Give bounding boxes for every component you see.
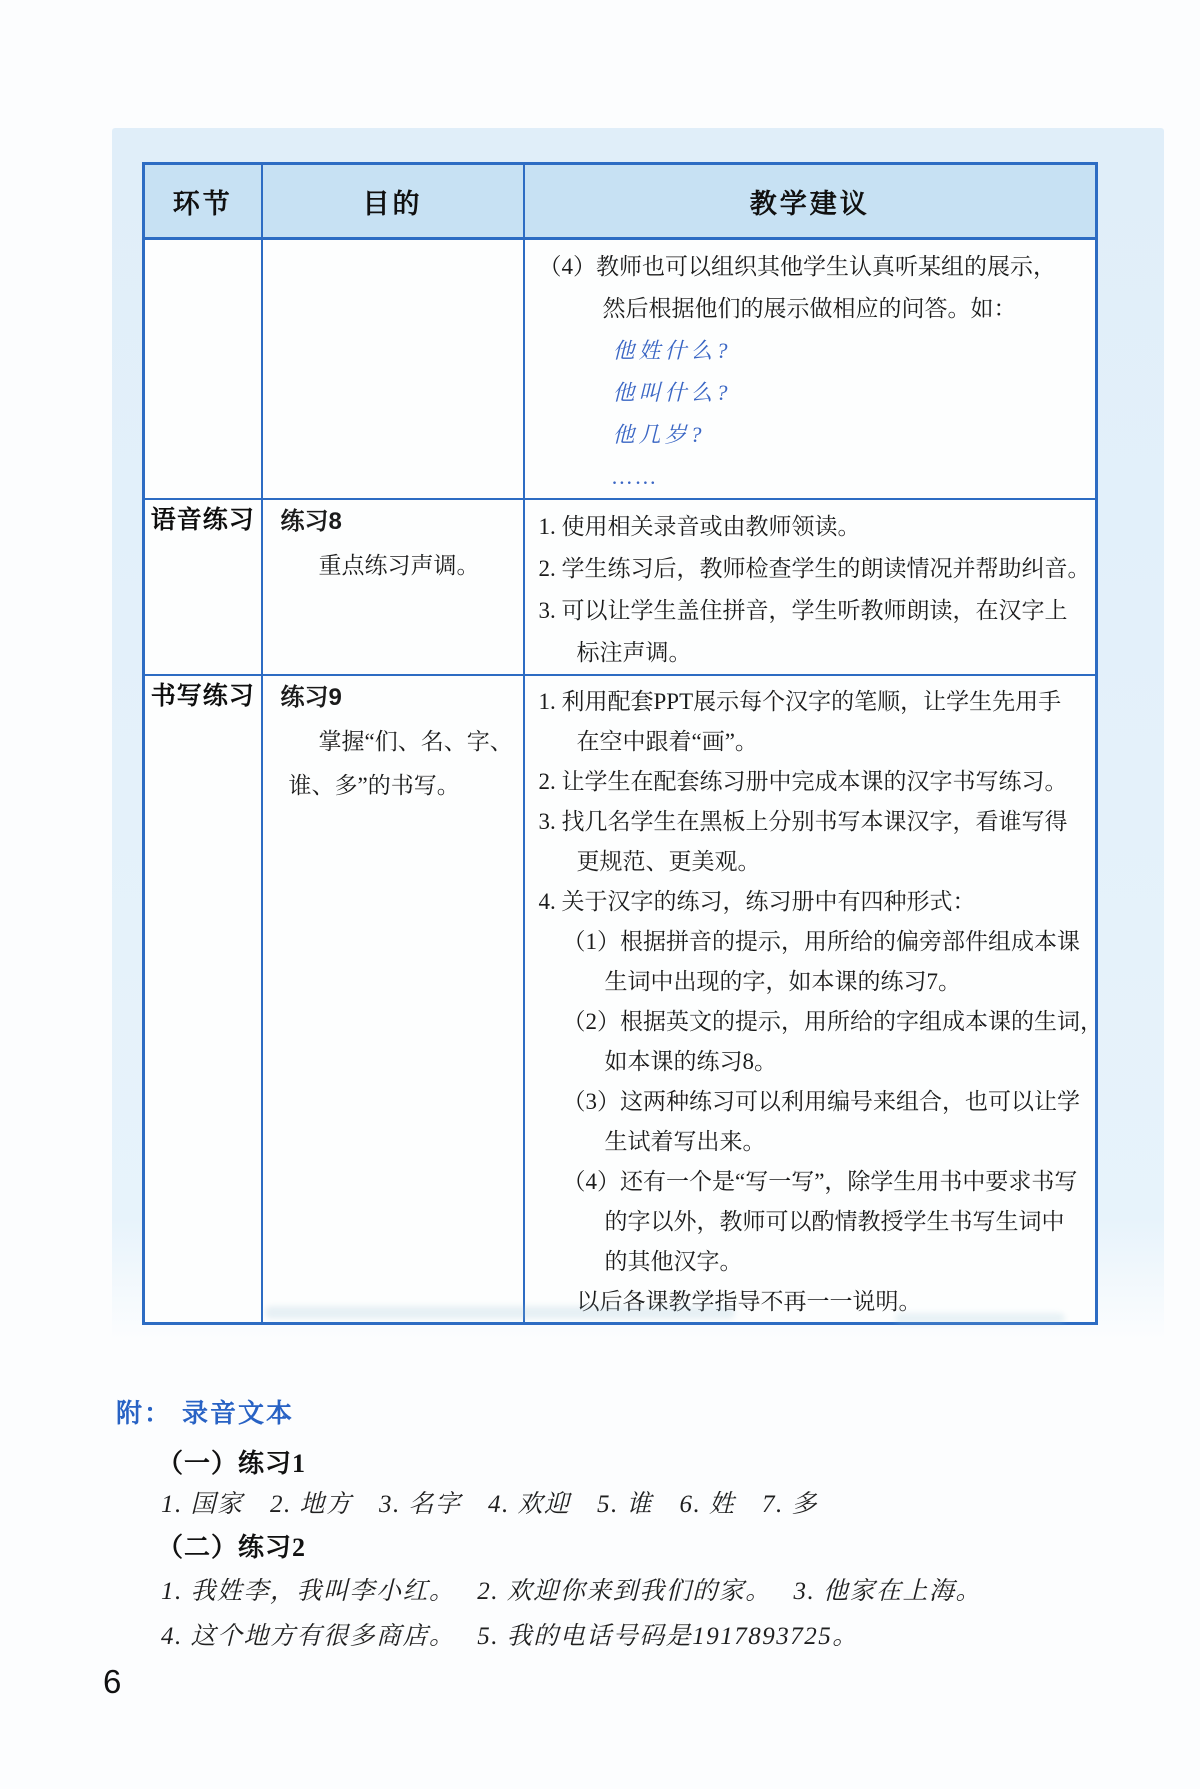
- suggestion-line: 的其他汉字。: [539, 1242, 1092, 1282]
- purpose-desc-line: 谁、多”的书写。: [263, 764, 523, 808]
- header-cell-suggestions: 教学建议: [524, 164, 1097, 239]
- appendix-heading: 附：录音文本: [116, 1393, 294, 1430]
- header-cell-purpose: 目的: [262, 164, 524, 239]
- stage-label: 语音练习: [144, 499, 262, 675]
- example-sentence: ……: [539, 456, 1092, 498]
- appendix-line: 4. 这个地方有很多商店。 5. 我的电话号码是1917893725。: [161, 1616, 859, 1652]
- purpose-cell: 练习9 掌握“们、名、字、 谁、多”的书写。: [262, 675, 524, 1324]
- purpose-cell: [262, 239, 524, 500]
- suggestion-line: 如本课的练习8。: [539, 1042, 1092, 1082]
- suggestion-line: （4）教师也可以组织其他学生认真听某组的展示，: [539, 246, 1092, 288]
- suggestion-line: （3）这两种练习可以利用编号来组合，也可以让学: [539, 1082, 1092, 1122]
- suggestion-line: 的字以外，教师可以酌情教授学生书写生词中: [539, 1202, 1092, 1242]
- suggestion-line: 生试着写出来。: [539, 1122, 1092, 1162]
- purpose-desc-line: 重点练习声调。: [263, 544, 523, 588]
- appendix-section-title: （二）练习2: [157, 1527, 306, 1564]
- suggestion-line: （4）还有一个是“写一写”，除学生用书中要求书写: [539, 1162, 1092, 1202]
- suggestions-cell: （4）教师也可以组织其他学生认真听某组的展示， 然后根据他们的展示做相应的问答。…: [524, 239, 1097, 500]
- suggestion-line: 2. 学生练习后，教师检查学生的朗读情况并帮助纠音。: [539, 548, 1092, 590]
- page-number: 6: [103, 1663, 121, 1701]
- suggestion-line: 然后根据他们的展示做相应的问答。如：: [539, 288, 1092, 330]
- purpose-title: 练习8: [263, 500, 523, 544]
- suggestion-line: 更规范、更美观。: [539, 842, 1092, 882]
- table-row-writing: 书写练习 练习9 掌握“们、名、字、 谁、多”的书写。 1. 利用配套PPT展示…: [144, 675, 1097, 1324]
- appendix-line: 1. 我姓李，我叫李小红。 2. 欢迎你来到我们的家。 3. 他家在上海。: [161, 1571, 982, 1607]
- suggestion-line: （1）根据拼音的提示，用所给的偏旁部件组成本课: [539, 922, 1092, 962]
- suggestions-cell: 1. 利用配套PPT展示每个汉字的笔顺，让学生先用手 在空中跟着“画”。 2. …: [524, 675, 1097, 1324]
- example-sentence: 他几岁?: [539, 414, 1092, 456]
- suggestion-line: （2）根据英文的提示，用所给的字组成本课的生词，: [539, 1002, 1092, 1042]
- suggestion-line: 2. 让学生在配套练习册中完成本课的汉字书写练习。: [539, 762, 1092, 802]
- suggestion-line: 1. 使用相关录音或由教师领读。: [539, 506, 1092, 548]
- suggestion-line: 以后各课教学指导不再一一说明。: [539, 1282, 1092, 1322]
- stage-cell: [144, 239, 262, 500]
- suggestion-line: 1. 利用配套PPT展示每个汉字的笔顺，让学生先用手: [539, 682, 1092, 722]
- suggestion-line: 标注声调。: [539, 632, 1092, 674]
- header-cell-stage: 环节: [144, 164, 262, 239]
- appendix-heading-prefix: 附：: [116, 1398, 172, 1428]
- suggestion-line: 在空中跟着“画”。: [539, 722, 1092, 762]
- suggestions-cell: 1. 使用相关录音或由教师领读。 2. 学生练习后，教师检查学生的朗读情况并帮助…: [524, 499, 1097, 675]
- appendix-heading-title: 录音文本: [182, 1398, 294, 1428]
- appendix-line: 1. 国家 2. 地方 3. 名字 4. 欢迎 5. 谁 6. 姓 7. 多: [161, 1484, 818, 1520]
- suggestion-line: 3. 可以让学生盖住拼音，学生听教师朗读，在汉字上: [539, 590, 1092, 632]
- table-row-pronunciation: 语音练习 练习8 重点练习声调。 1. 使用相关录音或由教师领读。 2. 学生练…: [144, 499, 1097, 675]
- suggestion-line: 4. 关于汉字的练习，练习册中有四种形式：: [539, 882, 1092, 922]
- purpose-title: 练习9: [263, 676, 523, 720]
- table-row-continuation: （4）教师也可以组织其他学生认真听某组的展示， 然后根据他们的展示做相应的问答。…: [144, 239, 1097, 500]
- example-sentence: 他姓什么?: [539, 330, 1092, 372]
- suggestion-line: 生词中出现的字，如本课的练习7。: [539, 962, 1092, 1002]
- suggestion-line: 3. 找几名学生在黑板上分别书写本课汉字，看谁写得: [539, 802, 1092, 842]
- stage-label: 书写练习: [144, 675, 262, 1324]
- page: { "colors":{ "accent-blue":"#2d6cc3", "h…: [0, 0, 1200, 1789]
- purpose-cell: 练习8 重点练习声调。: [262, 499, 524, 675]
- example-sentence: 他叫什么?: [539, 372, 1092, 414]
- teaching-table: 环节 目的 教学建议 （4）教师也可以组织其他学生认真听某组的展示， 然后根据他…: [142, 162, 1098, 1325]
- appendix-section-title: （一）练习1: [157, 1443, 306, 1480]
- purpose-desc-line: 掌握“们、名、字、: [263, 720, 523, 764]
- table-header-row: 环节 目的 教学建议: [144, 164, 1097, 239]
